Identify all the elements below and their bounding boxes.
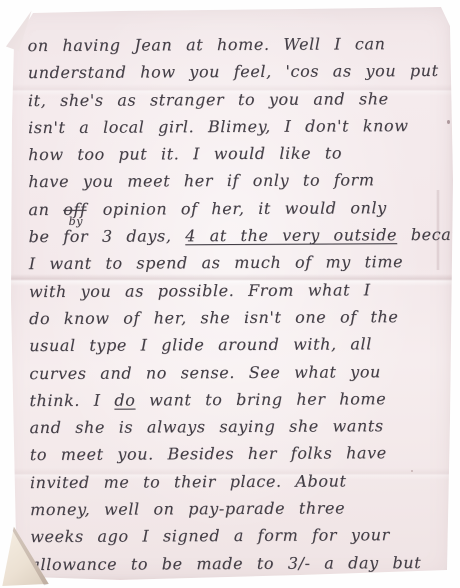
letter-text-segment: opinion of her, it would only: [89, 198, 387, 219]
letter-text-segment: think. I: [29, 391, 114, 410]
letter-text-segment: with you as possible. From what I: [29, 280, 371, 301]
letter-line: understand how you feel, 'cos as you put: [28, 57, 444, 86]
letter-text-segment: isn't a local girl. Blimey, I don't know: [28, 116, 409, 137]
letter-line: to meet you. Besides her folks have: [30, 439, 446, 468]
letter-text-segment: it, she's as stranger to you and she: [28, 89, 389, 110]
letter-text-segment: by: [69, 215, 84, 228]
letter-line: have you meet her if only to form: [28, 166, 444, 195]
letter-text-segment: do: [114, 390, 135, 409]
letter-text-segment: to meet you. Besides her folks have: [30, 444, 387, 465]
letter-text-segment: because: [397, 225, 460, 244]
letter-text-segment: curves and no sense. See what you: [29, 362, 381, 383]
letter-text-segment: how too put it. I would like to: [28, 144, 342, 165]
letter-text-segment: usual type I glide around with, all: [29, 335, 372, 356]
letter-text-segment: want to bring her home: [135, 389, 386, 409]
letter-text-segment: do know of her, she isn't one of the: [29, 307, 399, 328]
letter-line: and she is always saying she wants: [30, 412, 446, 441]
letter-line: do know of her, she isn't one of the: [29, 303, 445, 332]
letter-photo: on having Jean at home. Well I canunders…: [0, 0, 460, 588]
letter-text-segment: be for 3 days,: [29, 226, 186, 246]
letter-text-segment: allowance to be made to 3/- a day but: [30, 553, 421, 574]
letter-text-segment: have you meet her if only to form: [28, 171, 374, 192]
letter-line: usual type I glide around with, all: [29, 330, 445, 359]
letter-line: allowance to be made to 3/- a day but: [30, 549, 446, 578]
letter-text-segment: on having Jean at home. Well I can: [28, 34, 386, 55]
letter-text-segment: and she is always saying she wants: [30, 416, 384, 437]
letter-text-segment: I want to spend as much of my time: [29, 253, 403, 274]
letter-text-segment: 4 at the very outside: [185, 225, 397, 245]
letter-line: an offby opinion of her, it would only: [28, 194, 444, 223]
letter-line: curves and no sense. See what you: [29, 357, 445, 386]
letter-text-segment: money, well on pay-parade three: [30, 498, 345, 519]
letter-text-segment: an: [28, 200, 63, 219]
letter-text-segment: weeks ago I signed a form for your: [30, 526, 390, 547]
letter-text-segment: invited me to their place. About: [30, 471, 347, 492]
letter-body: on having Jean at home. Well I canunders…: [28, 30, 447, 578]
letter-line: on having Jean at home. Well I can: [28, 30, 444, 59]
letter-text-segment: understand how you feel, 'cos as you put: [28, 61, 439, 82]
letter-paper: on having Jean at home. Well I canunders…: [0, 0, 460, 588]
letter-line: money, well on pay-parade three: [30, 494, 446, 523]
letter-line: how too put it. I would like to: [28, 139, 444, 168]
letter-line: weeks ago I signed a form for your: [30, 521, 446, 550]
letter-line: invited me to their place. About: [30, 467, 446, 496]
paper-speck: [447, 120, 450, 124]
letter-line: isn't a local girl. Blimey, I don't know: [28, 112, 444, 141]
letter-line: think. I do want to bring her home: [29, 385, 445, 414]
letter-line: I want to spend as much of my time: [29, 248, 445, 277]
letter-line: with you as possible. From what I: [29, 276, 445, 305]
letter-line: be for 3 days, 4 at the very outside bec…: [29, 221, 445, 250]
letter-line: it, she's as stranger to you and she: [28, 85, 444, 114]
